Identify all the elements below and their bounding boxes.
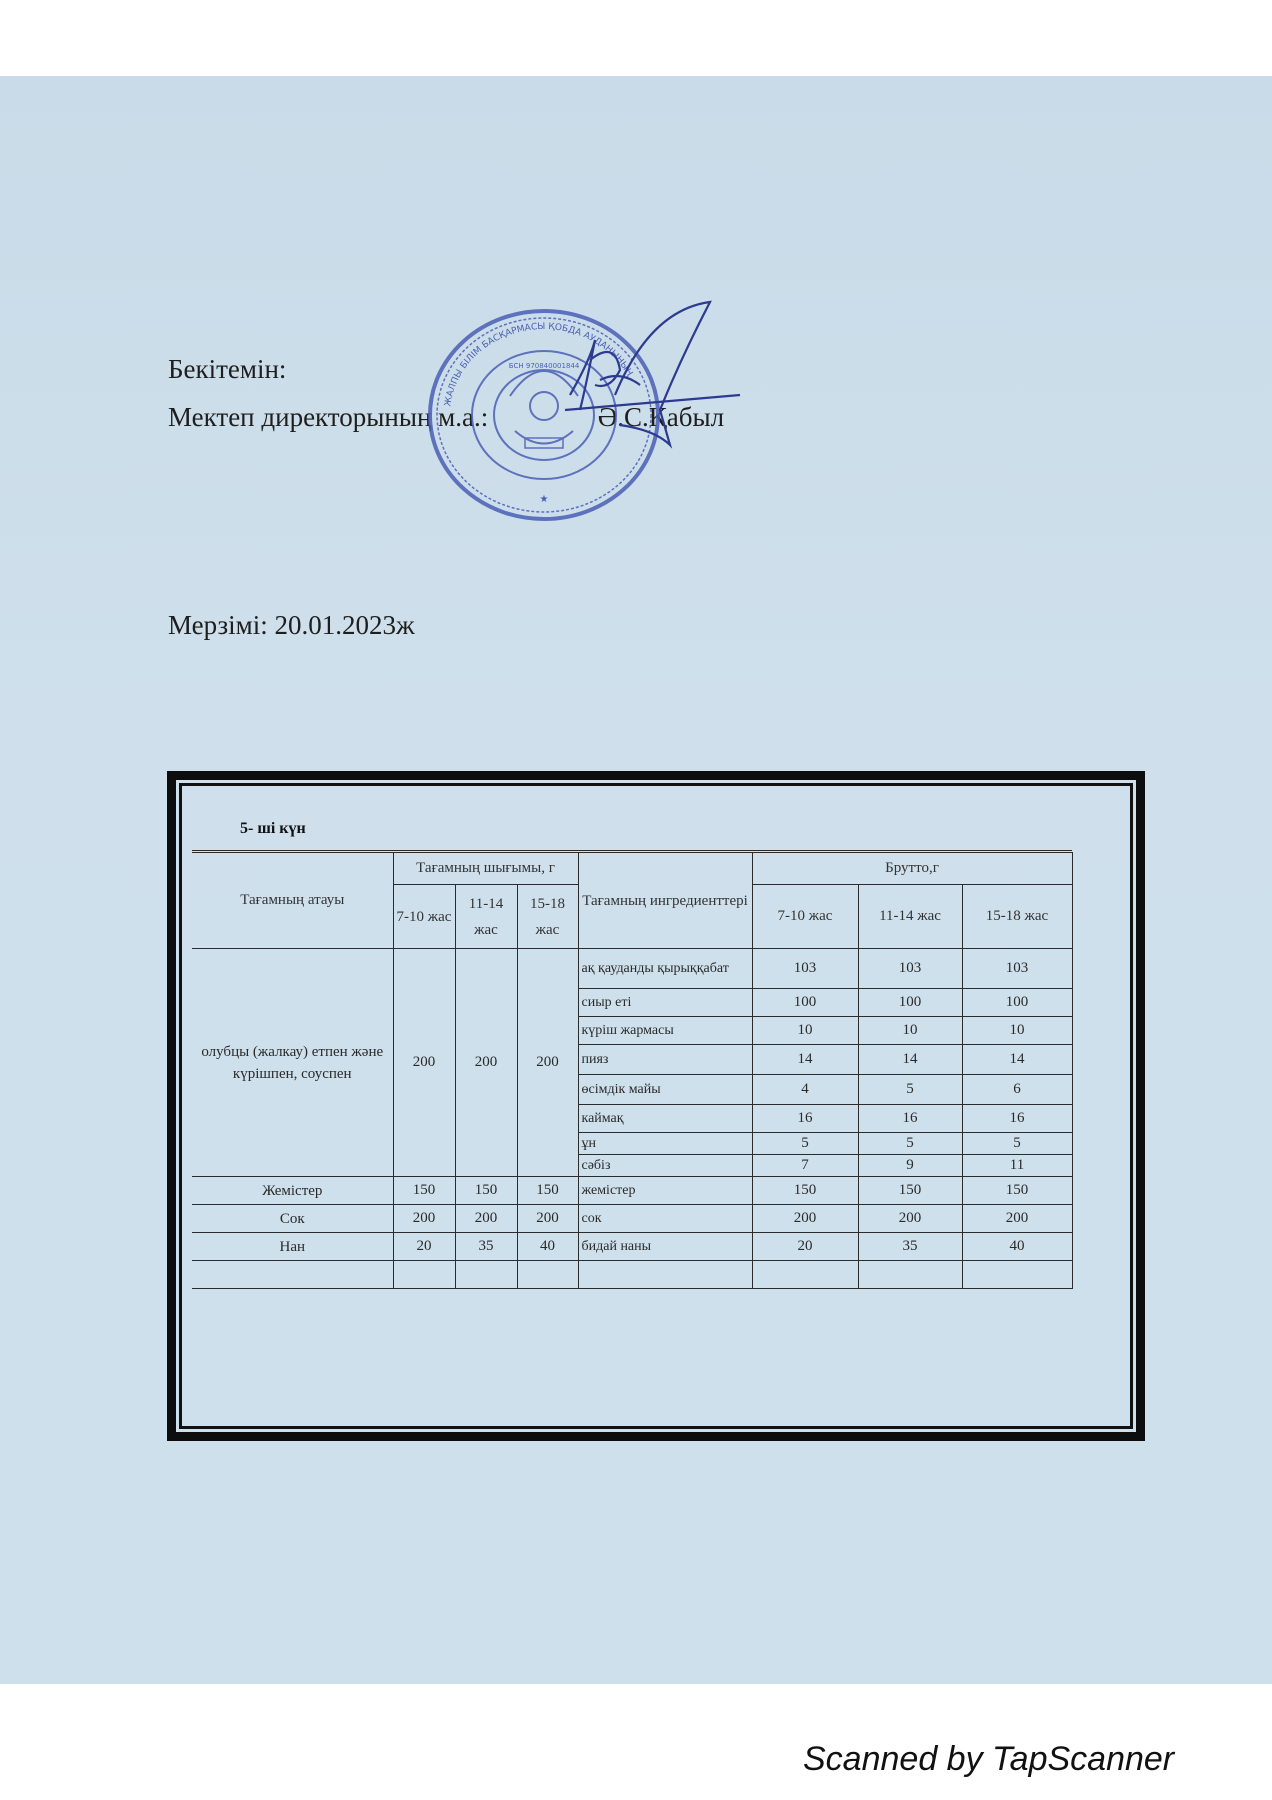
ingredient-name: сиыр еті bbox=[578, 989, 752, 1017]
header-brutto: Брутто,г bbox=[752, 853, 1072, 885]
dish-yield-2: 200 bbox=[455, 949, 517, 1177]
dish-yield-1: 200 bbox=[393, 1205, 455, 1233]
empty-cell bbox=[858, 1261, 962, 1289]
dish-name: Нан bbox=[192, 1233, 393, 1261]
header-brutto-age-1: 7-10 жас bbox=[752, 885, 858, 949]
ingredient-name: жемістер bbox=[578, 1177, 752, 1205]
ingredient-brutto-1: 100 bbox=[752, 989, 858, 1017]
ingredient-brutto-3: 5 bbox=[962, 1133, 1072, 1155]
ingredient-brutto-1: 103 bbox=[752, 949, 858, 989]
table-row: олубцы (жалкау) етпен және күрішпен, соу… bbox=[192, 949, 1072, 989]
ingredient-brutto-2: 5 bbox=[858, 1075, 962, 1105]
signature-icon bbox=[560, 300, 750, 490]
ingredient-brutto-2: 100 bbox=[858, 989, 962, 1017]
dish-yield-3: 150 bbox=[517, 1177, 578, 1205]
title-underline bbox=[192, 850, 1072, 851]
ingredient-brutto-2: 103 bbox=[858, 949, 962, 989]
empty-cell bbox=[962, 1261, 1072, 1289]
header-ingredients: Тағамның ингредиенттері bbox=[578, 853, 752, 949]
ingredient-brutto-3: 200 bbox=[962, 1205, 1072, 1233]
ingredient-brutto-1: 7 bbox=[752, 1155, 858, 1177]
ingredient-brutto-3: 10 bbox=[962, 1017, 1072, 1045]
ingredient-brutto-1: 16 bbox=[752, 1105, 858, 1133]
ingredient-brutto-2: 14 bbox=[858, 1045, 962, 1075]
ingredient-brutto-2: 5 bbox=[858, 1133, 962, 1155]
table-row: Сок200200200сок200200200 bbox=[192, 1205, 1072, 1233]
ingredient-brutto-1: 20 bbox=[752, 1233, 858, 1261]
dish-yield-3: 40 bbox=[517, 1233, 578, 1261]
ingredient-name: күріш жармасы bbox=[578, 1017, 752, 1045]
ingredient-brutto-2: 150 bbox=[858, 1177, 962, 1205]
table-row: Нан203540бидай наны203540 bbox=[192, 1233, 1072, 1261]
ingredient-name: сок bbox=[578, 1205, 752, 1233]
ingredient-name: ақ қауданды қырыққабат bbox=[578, 949, 752, 989]
dish-name: Жемістер bbox=[192, 1177, 393, 1205]
ingredient-brutto-3: 11 bbox=[962, 1155, 1072, 1177]
day-title: 5- ші күн bbox=[240, 820, 306, 838]
empty-cell bbox=[393, 1261, 455, 1289]
ingredient-brutto-1: 10 bbox=[752, 1017, 858, 1045]
scanner-watermark: Scanned by TapScanner bbox=[803, 1740, 1174, 1779]
ingredient-name: өсімдік майы bbox=[578, 1075, 752, 1105]
dish-yield-3: 200 bbox=[517, 1205, 578, 1233]
ingredient-name: пияз bbox=[578, 1045, 752, 1075]
header-yield-age-1: 7-10 жас bbox=[393, 885, 455, 949]
ingredient-brutto-3: 150 bbox=[962, 1177, 1072, 1205]
dish-name: Сок bbox=[192, 1205, 393, 1233]
ingredient-brutto-3: 100 bbox=[962, 989, 1072, 1017]
menu-table: Тағамның атауы Тағамның шығымы, г Тағамн… bbox=[192, 852, 1073, 1289]
dish-yield-2: 35 bbox=[455, 1233, 517, 1261]
ingredient-brutto-3: 40 bbox=[962, 1233, 1072, 1261]
ingredient-brutto-3: 103 bbox=[962, 949, 1072, 989]
dish-yield-2: 150 bbox=[455, 1177, 517, 1205]
empty-cell bbox=[455, 1261, 517, 1289]
table-row: Жемістер150150150жемістер150150150 bbox=[192, 1177, 1072, 1205]
ingredient-brutto-1: 150 bbox=[752, 1177, 858, 1205]
header-brutto-age-3: 15-18 жас bbox=[962, 885, 1072, 949]
ingredient-brutto-3: 6 bbox=[962, 1075, 1072, 1105]
empty-cell bbox=[192, 1261, 393, 1289]
empty-row bbox=[192, 1261, 1072, 1289]
header-yield: Тағамның шығымы, г bbox=[393, 853, 578, 885]
date-label: Мерзімі: 20.01.2023ж bbox=[168, 610, 415, 641]
dish-yield-2: 200 bbox=[455, 1205, 517, 1233]
empty-cell bbox=[578, 1261, 752, 1289]
ingredient-brutto-2: 35 bbox=[858, 1233, 962, 1261]
dish-yield-1: 150 bbox=[393, 1177, 455, 1205]
ingredient-brutto-2: 16 bbox=[858, 1105, 962, 1133]
header-dish-name: Тағамның атауы bbox=[192, 853, 393, 949]
ingredient-brutto-1: 5 bbox=[752, 1133, 858, 1155]
ingredient-name: каймақ bbox=[578, 1105, 752, 1133]
dish-yield-1: 200 bbox=[393, 949, 455, 1177]
ingredient-brutto-2: 200 bbox=[858, 1205, 962, 1233]
ingredient-brutto-3: 16 bbox=[962, 1105, 1072, 1133]
ingredient-brutto-2: 9 bbox=[858, 1155, 962, 1177]
ingredient-name: ұн bbox=[578, 1133, 752, 1155]
dish-name: олубцы (жалкау) етпен және күрішпен, соу… bbox=[192, 949, 393, 1177]
ingredient-name: сәбіз bbox=[578, 1155, 752, 1177]
header-yield-age-3: 15-18 жас bbox=[517, 885, 578, 949]
header-brutto-age-2: 11-14 жас bbox=[858, 885, 962, 949]
ingredient-brutto-2: 10 bbox=[858, 1017, 962, 1045]
empty-cell bbox=[752, 1261, 858, 1289]
dish-yield-3: 200 bbox=[517, 949, 578, 1177]
ingredient-name: бидай наны bbox=[578, 1233, 752, 1261]
ingredient-brutto-1: 4 bbox=[752, 1075, 858, 1105]
dish-yield-1: 20 bbox=[393, 1233, 455, 1261]
header-yield-age-2: 11-14 жас bbox=[455, 885, 517, 949]
empty-cell bbox=[517, 1261, 578, 1289]
svg-text:★: ★ bbox=[540, 494, 549, 505]
ingredient-brutto-3: 14 bbox=[962, 1045, 1072, 1075]
ingredient-brutto-1: 200 bbox=[752, 1205, 858, 1233]
ingredient-brutto-1: 14 bbox=[752, 1045, 858, 1075]
